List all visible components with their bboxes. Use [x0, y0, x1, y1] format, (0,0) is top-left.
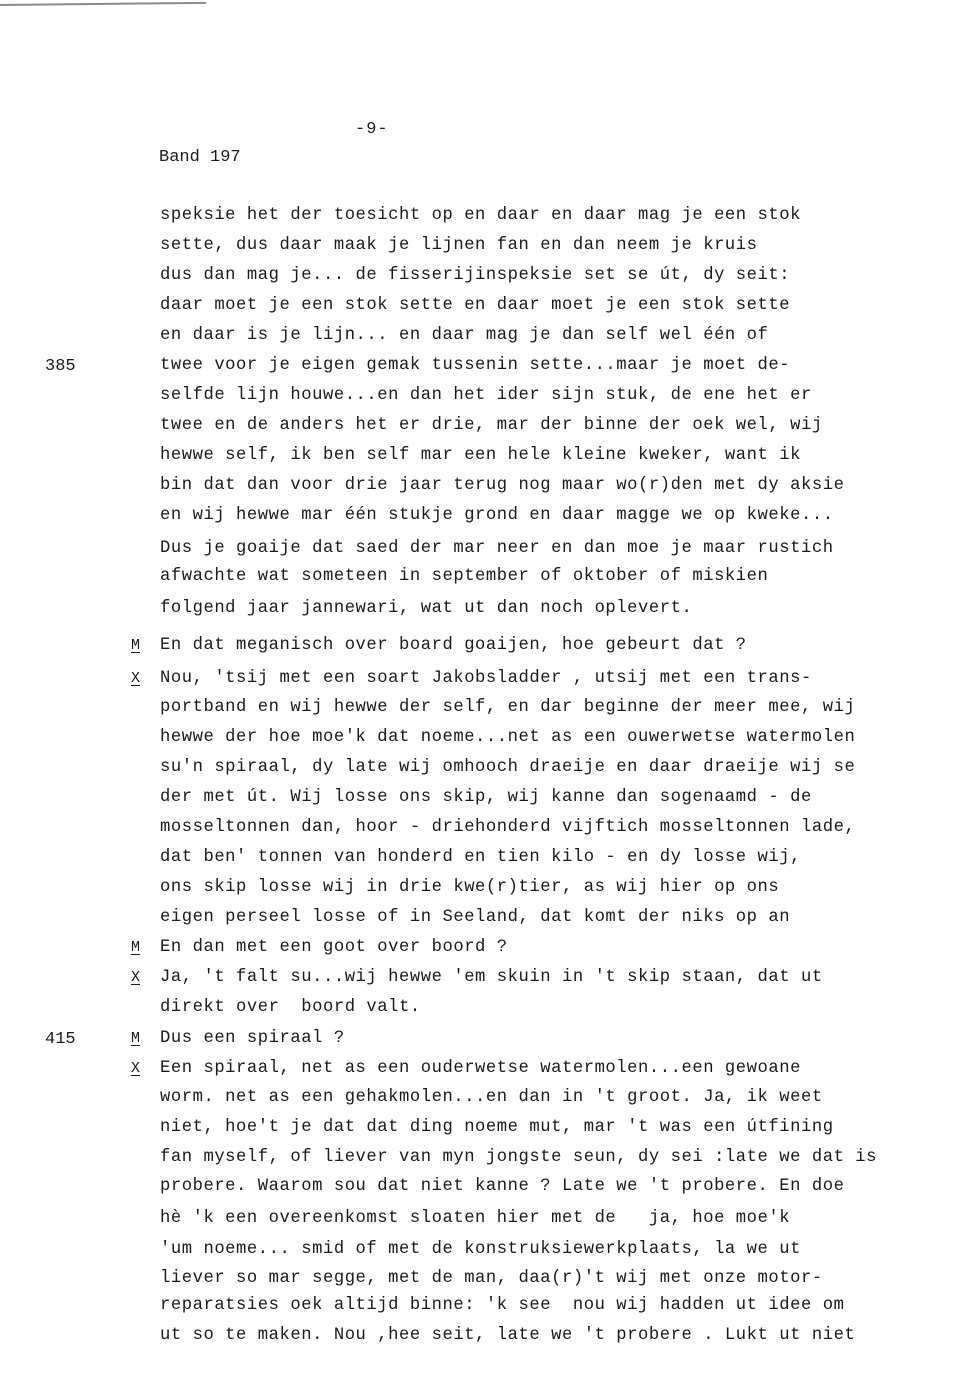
- transcript-line: sette, dus daar maak je lijnen fan en da…: [160, 235, 758, 257]
- transcript-line: Dus je goaije dat saed der mar neer en d…: [160, 538, 834, 560]
- transcript-line: afwachte wat someteen in september of ok…: [160, 566, 768, 588]
- transcript-line: en daar is je lijn... en daar mag je dan…: [160, 325, 768, 347]
- speaker-marker: M: [131, 939, 140, 956]
- transcript-line: Ja, 't falt su...wij hewwe 'em skuin in …: [160, 967, 823, 989]
- transcript-line: Dus een spiraal ?: [160, 1028, 345, 1050]
- tape-label: Band 197: [159, 148, 241, 167]
- transcript-line: Nou, 'tsij met een soart Jakobsladder , …: [160, 668, 812, 690]
- transcript-line: Een spiraal, net as een ouderwetse water…: [160, 1058, 801, 1080]
- transcript-line: niet, hoe't je dat dat ding noeme mut, m…: [160, 1117, 834, 1139]
- transcript-line: mosseltonnen dan, hoor - driehonderd vij…: [160, 817, 855, 839]
- transcript-line: selfde lijn houwe...en dan het ider sijn…: [160, 385, 812, 407]
- transcript-line: liever so mar segge, met de man, daa(r)'…: [160, 1268, 823, 1290]
- transcript-line: dat ben' tonnen van honderd en tien kilo…: [160, 847, 801, 869]
- margin-line-number: 385: [45, 357, 76, 376]
- transcript-line: eigen perseel losse of in Seeland, dat k…: [160, 907, 790, 929]
- transcript-line: portband en wij hewwe der self, en dar b…: [160, 697, 855, 719]
- speaker-marker: M: [131, 637, 140, 654]
- transcript-line: hewwe der hoe moe'k dat noeme...net as e…: [160, 727, 855, 749]
- transcript-line: ons skip losse wij in drie kwe(r)tier, a…: [160, 877, 779, 899]
- speaker-marker: X: [131, 969, 140, 986]
- transcript-line: folgend jaar jannewari, wat ut dan noch …: [160, 598, 692, 620]
- speaker-marker: X: [131, 670, 140, 687]
- transcript-line: worm. net as een gehakmolen...en dan in …: [160, 1087, 823, 1109]
- speaker-marker: X: [131, 1060, 140, 1077]
- transcript-line: hè 'k een overeenkomst sloaten hier met …: [160, 1208, 790, 1230]
- speaker-marker: M: [131, 1030, 140, 1047]
- transcript-line: probere. Waarom sou dat niet kanne ? Lat…: [160, 1176, 844, 1198]
- transcript-line: ut so te maken. Nou ,hee seit, late we '…: [160, 1325, 855, 1347]
- transcript-line: daar moet je een stok sette en daar moet…: [160, 295, 790, 317]
- top-rule-line: [0, 2, 206, 6]
- transcript-line: twee en de anders het er drie, mar der b…: [160, 415, 823, 437]
- transcript-line: su'n spiraal, dy late wij omhooch draeij…: [160, 757, 855, 779]
- transcript-line: en wij hewwe mar één stukje grond en daa…: [160, 505, 834, 527]
- transcript-line: hewwe self, ik ben self mar een hele kle…: [160, 445, 801, 467]
- transcript-line: der met út. Wij losse ons skip, wij kann…: [160, 787, 812, 809]
- transcript-line: dus dan mag je... de fisserijinspeksie s…: [160, 265, 790, 287]
- transcript-line: En dat meganisch over board goaijen, hoe…: [160, 635, 747, 657]
- transcript-line: fan myself, of liever van myn jongste se…: [160, 1147, 877, 1169]
- page-number: -9-: [355, 120, 389, 139]
- margin-line-number: 415: [45, 1030, 76, 1049]
- transcript-line: reparatsies oek altijd binne: 'k see nou…: [160, 1295, 844, 1317]
- transcript-line: En dan met een goot over boord ?: [160, 937, 508, 959]
- transcript-line: direkt over boord valt.: [160, 997, 421, 1019]
- transcript-line: speksie het der toesicht op en daar en d…: [160, 205, 801, 227]
- transcript-line: 'um noeme... smid of met de konstruksiew…: [160, 1239, 801, 1261]
- transcript-line: twee voor je eigen gemak tussenin sette.…: [160, 355, 790, 377]
- transcript-line: bin dat dan voor drie jaar terug nog maa…: [160, 475, 844, 497]
